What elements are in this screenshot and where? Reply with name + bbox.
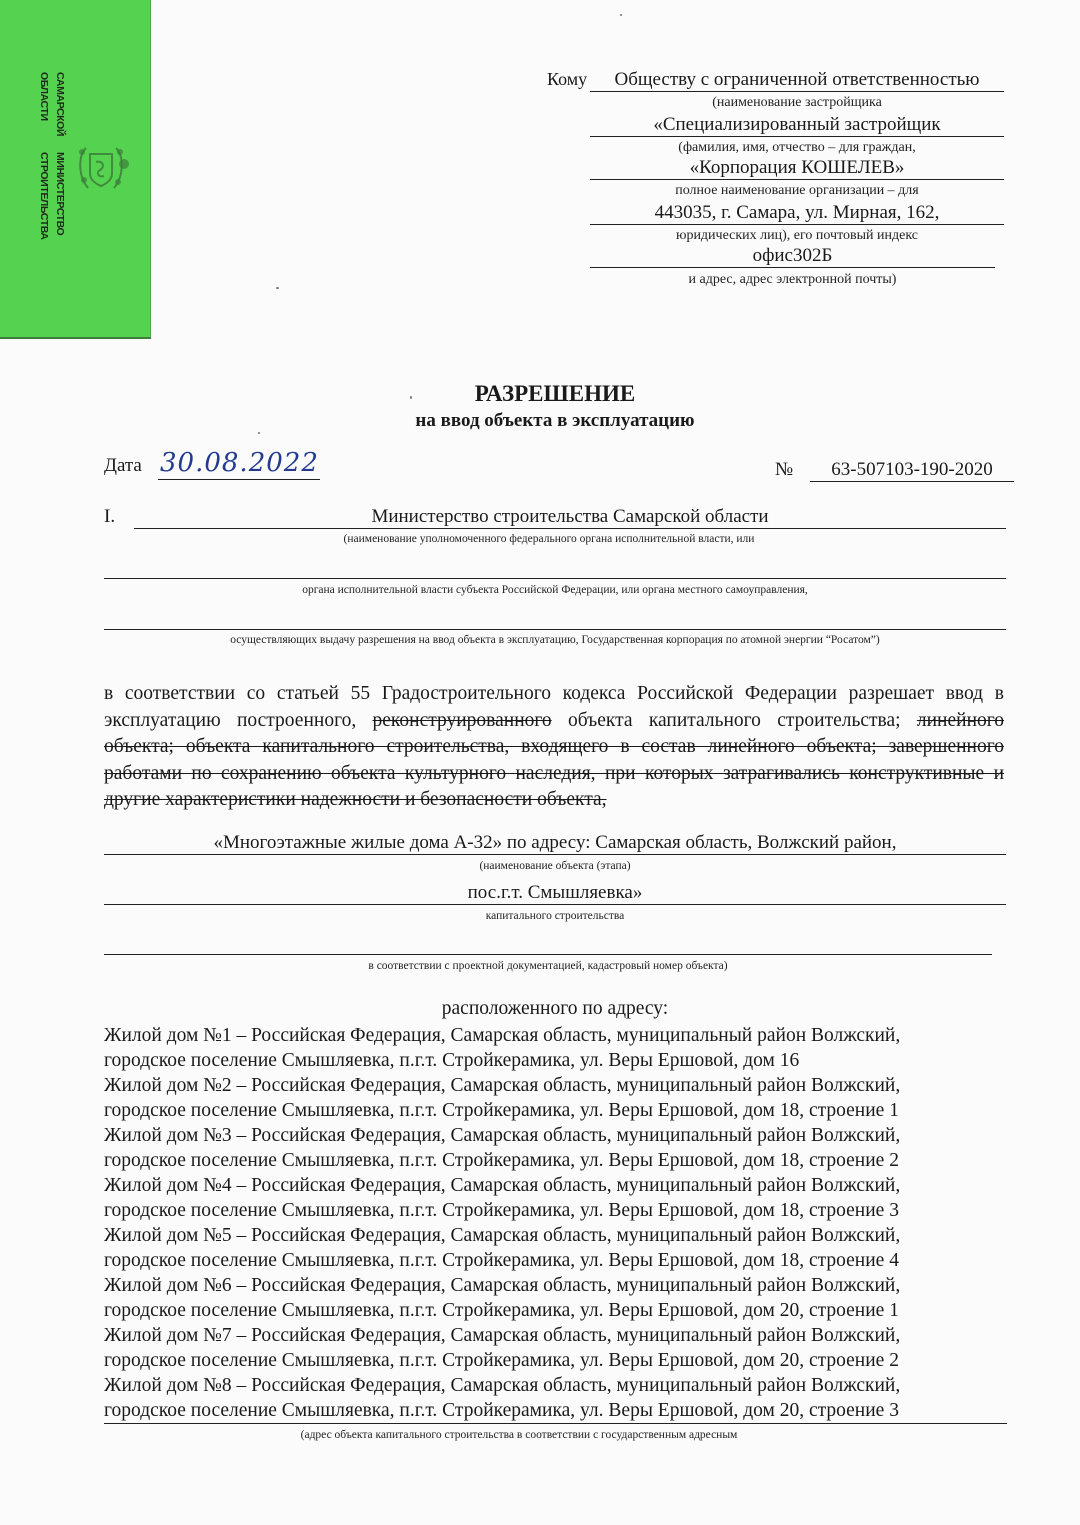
scan-speck	[276, 287, 279, 289]
address-entry-1-line-1: Жилой дом №1 – Российская Федерация, Сам…	[104, 1023, 1014, 1048]
recipient-line-1: Обществу с ограниченной ответственностью	[590, 69, 1004, 92]
permission-text-2: объекта капитального строительства;	[552, 710, 917, 731]
object-hint-2: капитального строительства	[104, 909, 1006, 923]
address-entry-5-line-2: городское поселение Смышляевка, п.г.т. С…	[104, 1248, 1014, 1273]
document-subtitle: на ввод объекта в эксплуатацию	[0, 410, 1080, 432]
scan-speck	[620, 14, 622, 16]
address-entry-7-line-2: городское поселение Смышляевка, п.г.т. С…	[104, 1348, 1014, 1373]
recipient-hint-4: юридических лиц), его почтовый индекс	[590, 228, 1004, 244]
object-hint-1: (наименование объекта (этапа)	[104, 859, 1006, 873]
recipient-line-2: «Специализированный застройщик	[590, 114, 1004, 137]
stamp-line-1: МИНИСТЕРСТВО СТРОИТЕЛЬСТВА	[22, 152, 68, 272]
address-hint: (адрес объекта капитального строительств…	[104, 1428, 934, 1442]
date-value-handwritten: 30.08.2022	[158, 446, 320, 480]
scan-speck	[410, 396, 412, 399]
permission-paragraph: в соответствии со статьей 55 Градостроит…	[104, 681, 1004, 814]
address-entry-2-line-2: городское поселение Смышляевка, п.г.т. С…	[104, 1098, 1014, 1123]
object-name-line-2: пос.г.т. Смышляевка»	[104, 882, 1006, 905]
object-name-line-1: «Многоэтажные жилые дома А-32» по адресу…	[104, 832, 1006, 855]
scan-speck	[258, 432, 260, 434]
document-title: РАЗРЕШЕНИЕ	[0, 381, 1080, 407]
authority-blank-line-2	[104, 607, 1006, 630]
object-hint-3: в соответствии с проектной документацией…	[104, 959, 992, 973]
recipient-line-4: 443035, г. Самара, ул. Мирная, 162,	[590, 202, 1004, 225]
coat-of-arms-icon	[72, 140, 130, 196]
recipient-line-3: «Корпорация КОШЕЛЕВ»	[590, 157, 1004, 180]
address-entry-3-line-2: городское поселение Смышляевка, п.г.т. С…	[104, 1148, 1014, 1173]
struck-text-reconstructed: реконструированного	[373, 710, 552, 731]
address-entry-5-line-1: Жилой дом №5 – Российская Федерация, Сам…	[104, 1223, 1014, 1248]
recipient-hint-1: (наименование застройщика	[590, 95, 1004, 111]
authority-hint-2: органа исполнительной власти субъекта Ро…	[104, 583, 1006, 597]
date-label: Дата	[104, 455, 142, 477]
address-entry-8-line-1: Жилой дом №8 – Российская Федерация, Сам…	[104, 1373, 1014, 1398]
address-heading: расположенного по адресу:	[104, 998, 1006, 1020]
authority-hint-1: (наименование уполномоченного федерально…	[134, 532, 964, 546]
address-list: Жилой дом №1 – Российская Федерация, Сам…	[104, 1023, 1014, 1424]
authority-hint-3: осуществляющих выдачу разрешения на ввод…	[104, 633, 1006, 647]
authority-blank-line-1	[104, 556, 1006, 579]
stamp-line-2: САМАРСКОЙ ОБЛАСТИ	[22, 72, 68, 152]
number-label: №	[775, 459, 793, 481]
address-entry-6-line-2: городское поселение Смышляевка, п.г.т. С…	[104, 1298, 1014, 1323]
object-name-line-3	[104, 932, 992, 955]
address-entry-7-line-1: Жилой дом №7 – Российская Федерация, Сам…	[104, 1323, 1014, 1348]
permit-number: 63-507103-190-2020	[810, 459, 1014, 482]
recipient-prefix: Кому	[547, 69, 587, 90]
section-marker: I.	[104, 506, 115, 528]
issuing-authority: Министерство строительства Самарской обл…	[134, 506, 1006, 529]
address-entry-4-line-1: Жилой дом №4 – Российская Федерация, Сам…	[104, 1173, 1014, 1198]
ministry-stamp-text: МИНИСТЕРСТВО СТРОИТЕЛЬСТВА САМАРСКОЙ ОБЛ…	[22, 72, 68, 272]
ministry-stamp-label: МИНИСТЕРСТВО СТРОИТЕЛЬСТВА САМАРСКОЙ ОБЛ…	[0, 0, 151, 339]
address-entry-4-line-2: городское поселение Смышляевка, п.г.т. С…	[104, 1198, 1014, 1223]
address-entry-1-line-2: городское поселение Смышляевка, п.г.т. С…	[104, 1048, 1014, 1073]
recipient-line-5: офис302Б	[590, 245, 995, 268]
recipient-hint-2: (фамилия, имя, отчество – для граждан,	[590, 140, 1004, 156]
address-entry-6-line-1: Жилой дом №6 – Российская Федерация, Сам…	[104, 1273, 1014, 1298]
recipient-hint-3: полное наименование организации – для	[590, 183, 1004, 199]
address-entry-8-line-2: городское поселение Смышляевка, п.г.т. С…	[104, 1398, 1007, 1424]
address-entry-2-line-1: Жилой дом №2 – Российская Федерация, Сам…	[104, 1073, 1014, 1098]
recipient-hint-5: и адрес, адрес электронной почты)	[590, 272, 995, 288]
address-entry-3-line-1: Жилой дом №3 – Российская Федерация, Сам…	[104, 1123, 1014, 1148]
